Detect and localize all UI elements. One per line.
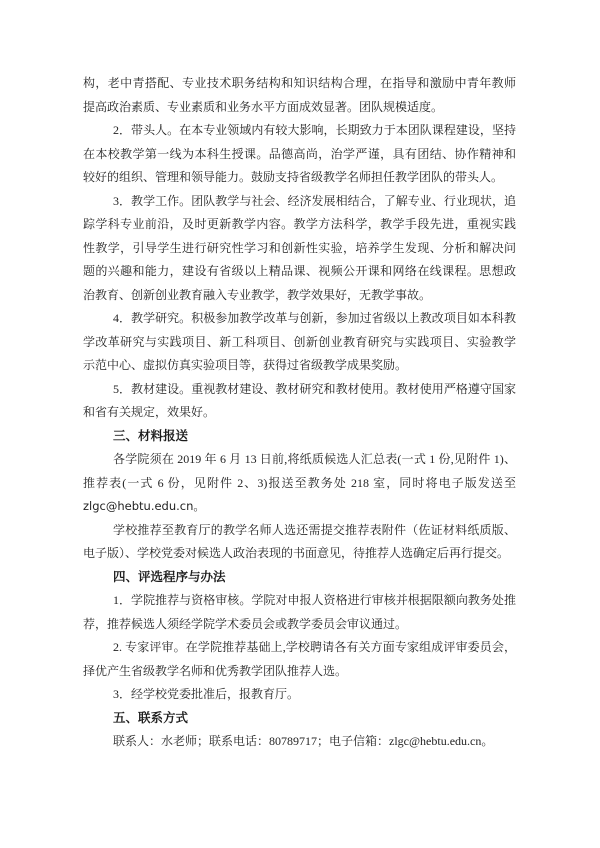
text-line: 4．教学研究。积极参加教学改革与创新，参加过省级以上教改项目如本科教 — [83, 307, 516, 331]
section-heading-contact: 五、联系方式 — [83, 707, 516, 731]
section-heading-materials: 三、材料报送 — [83, 425, 516, 449]
text-line: 2．带头人。在本专业领域内有较大影响，长期致力于本团队课程建设，坚持 — [83, 119, 516, 143]
text-line: 提高政治素质、专业素质和业务水平方面成效显著。团队规模适度。 — [83, 96, 516, 120]
text-line: 各学院须在 2019 年 6 月 13 日前,将纸质候选人汇总表(一式 1 份,… — [83, 448, 516, 472]
text-line: 3．教学工作。团队教学与社会、经济发展相结合，了解专业、行业现状，追 — [83, 190, 516, 214]
text-line: 5．教材建设。重视教材建设、教材研究和教材使用。教材使用严格遵守国家 — [83, 378, 516, 402]
text-line: 学校推荐至教育厅的教学名师人选还需提交推荐表附件（佐证材料纸质版、 — [83, 519, 516, 543]
text-line: 示范中心、虚拟仿真实验项目等，获得过省级教学成果奖励。 — [83, 354, 516, 378]
text-line: 构，老中青搭配、专业技术职务结构和知识结构合理，在指导和激励中青年教师 — [83, 72, 516, 96]
text-line: 和省有关规定，效果好。 — [83, 401, 516, 425]
document-page: 构，老中青搭配、专业技术职务结构和知识结构合理，在指导和激励中青年教师 提高政治… — [0, 0, 600, 848]
text-line: 较好的组织、管理和领导能力。鼓励支持省级教学名师担任教学团队的带头人。 — [83, 166, 516, 190]
text-line: 性教学，引导学生进行研究性学习和创新性实验，培养学生发现、分析和解决问 — [83, 237, 516, 261]
text-line: 踪学科专业前沿，及时更新教学内容。教学方法科学，教学手段先进，重视实践 — [83, 213, 516, 237]
text-line: 2. 专家评审。在学院推荐基础上,学校聘请各有关方面专家组成评审委员会， — [83, 636, 516, 660]
text-line: 学改革研究与实践项目、新工科项目、创新创业教育研究与实践项目、实验教学 — [83, 331, 516, 355]
text-line: 题的兴趣和能力，建设有省级以上精品课、视频公开课和网络在线课程。思想政 — [83, 260, 516, 284]
contact-line: 联系人：水老师；联系电话：80789717；电子信箱：zlgc@hebtu.ed… — [83, 730, 516, 754]
text-line: 3．经学校党委批准后，报教育厅。 — [83, 683, 516, 707]
text-line: 电子版）、学校党委对候选人政治表现的书面意见，待推荐人选确定后再行提交。 — [83, 542, 516, 566]
email-address: zlgc@hebtu.edu.cn。 — [83, 495, 516, 519]
section-heading-procedure: 四、评选程序与办法 — [83, 566, 516, 590]
text-line: 推荐表(一式 6 份，见附件 2、3)报送至教务处 218 室，同时将电子版发送… — [83, 472, 516, 496]
text-line: 择优产生省级教学名师和优秀教学团队推荐人选。 — [83, 660, 516, 684]
text-line: 在本校教学第一线为本科生授课。品德高尚，治学严谨，具有团结、协作精神和 — [83, 143, 516, 167]
text-line: 荐，推荐候选人须经学院学术委员会或教学委员会审议通过。 — [83, 613, 516, 637]
text-line: 1．学院推荐与资格审核。学院对申报人资格进行审核并根据限额向教务处推 — [83, 589, 516, 613]
text-line: 治教育、创新创业教育融入专业教学，教学效果好，无教学事故。 — [83, 284, 516, 308]
